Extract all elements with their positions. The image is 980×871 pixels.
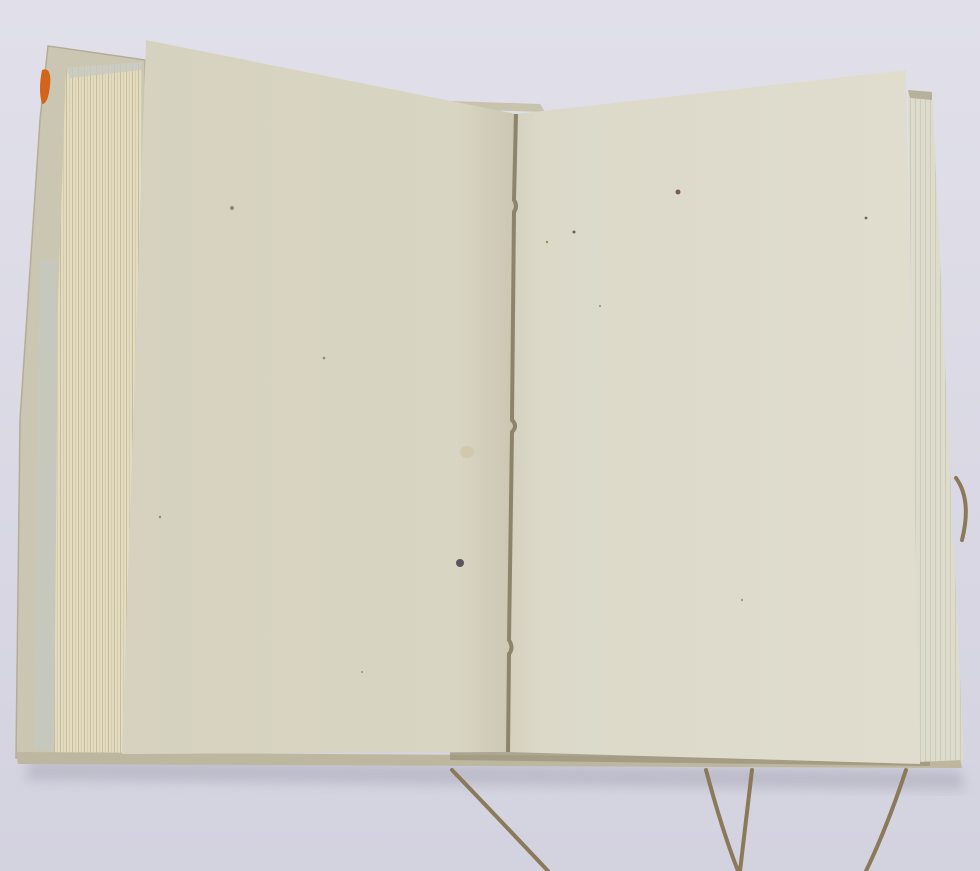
left-page — [122, 40, 516, 754]
photo-scene — [0, 0, 980, 871]
notebook-photo — [0, 0, 980, 871]
right-page — [508, 70, 920, 764]
